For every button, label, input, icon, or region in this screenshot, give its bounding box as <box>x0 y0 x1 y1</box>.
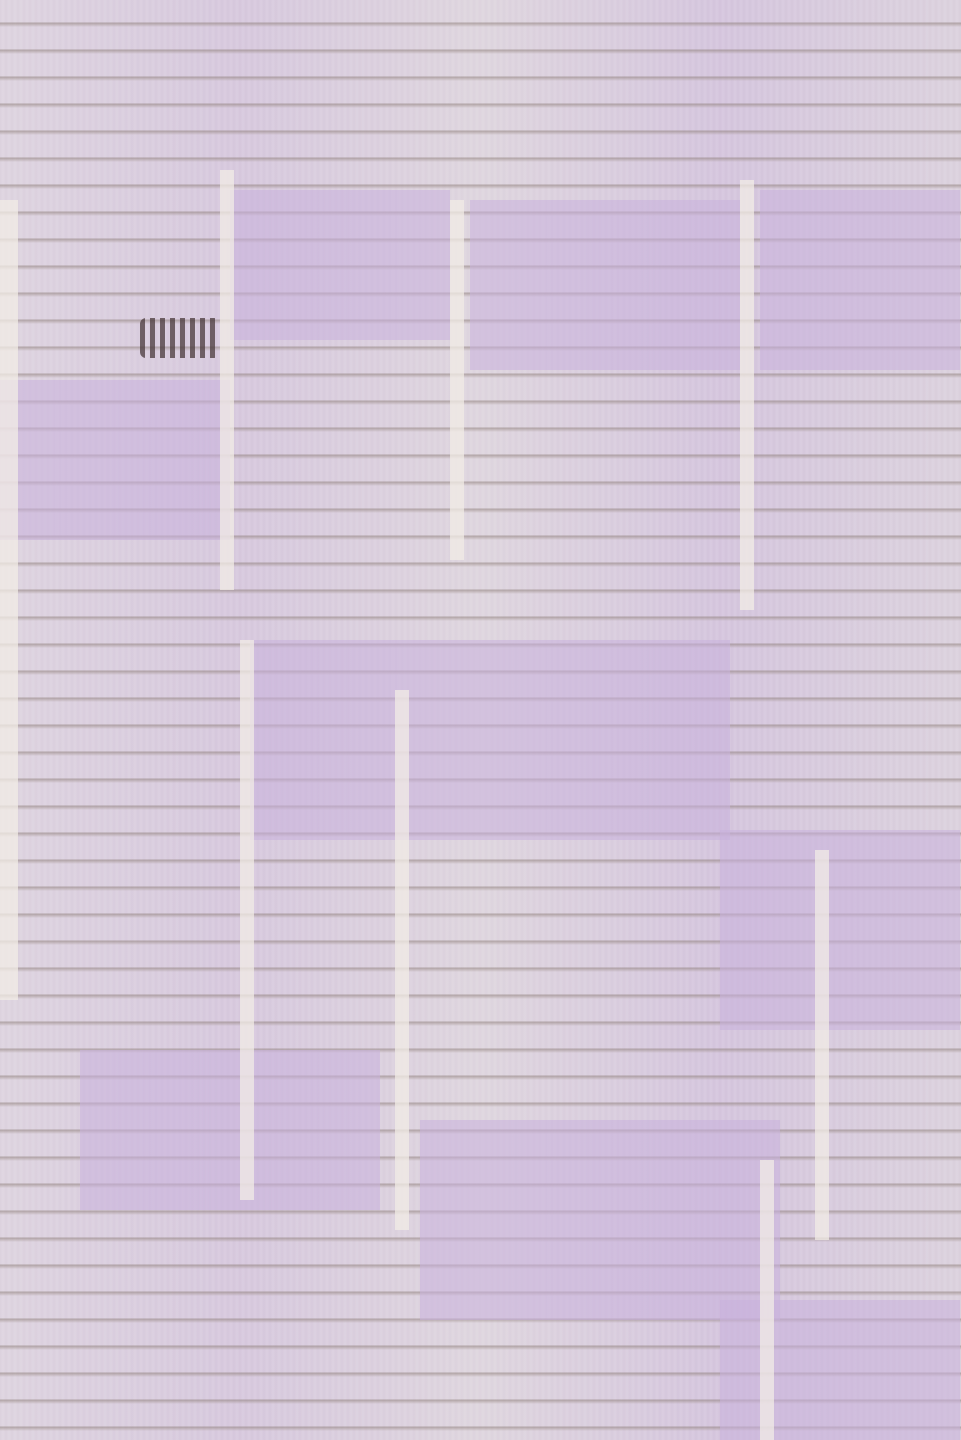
lavender-patch <box>80 1050 380 1210</box>
cream-stripe <box>815 850 829 1240</box>
cream-stripe <box>220 170 234 590</box>
cream-stripe <box>395 690 409 1230</box>
lavender-patch <box>420 1120 780 1320</box>
cream-stripe <box>240 640 254 1200</box>
dark-yarn-mark <box>140 318 220 358</box>
lavender-patch <box>720 830 960 1030</box>
lavender-patch <box>0 380 230 540</box>
lavender-patch <box>250 640 730 840</box>
lavender-patch <box>230 190 450 340</box>
lavender-patch <box>720 1300 960 1440</box>
cream-stripe <box>740 180 754 610</box>
rug-texture-photo: Close-up of a pale lavender and cream wo… <box>0 0 961 1440</box>
lavender-patch <box>760 190 960 370</box>
cream-stripe <box>760 1160 774 1440</box>
cream-stripe <box>0 200 18 1000</box>
lavender-patch <box>470 200 740 370</box>
cream-stripe <box>450 200 464 560</box>
